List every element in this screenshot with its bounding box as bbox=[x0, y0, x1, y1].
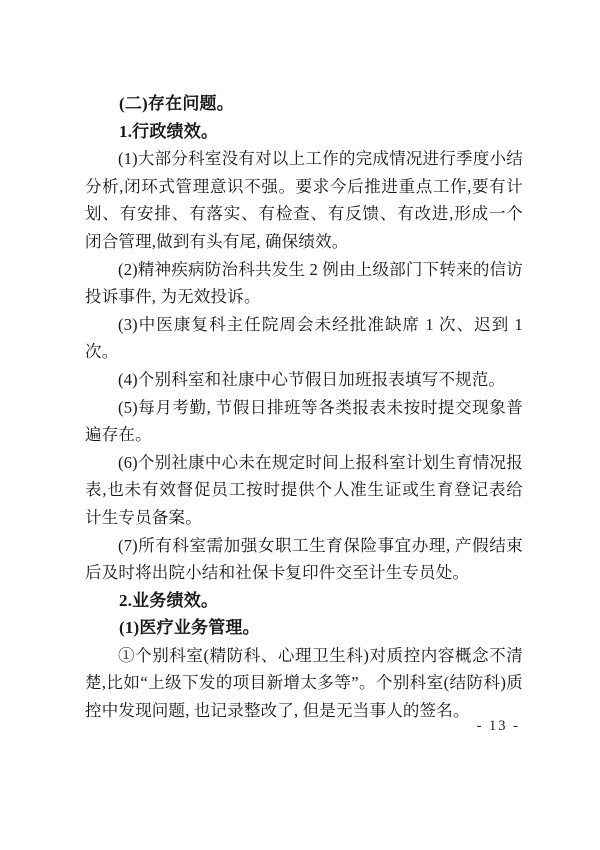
document-page: (二)存在问题。 1.行政绩效。 (1)大部分科室没有对以上工作的完成情况进行季… bbox=[0, 0, 600, 850]
paragraph-item-7: (7)所有科室需加强女职工生育保险事宜办理, 产假结束后及时将出院小结和社保卡复… bbox=[85, 532, 523, 587]
paragraph-item-6: (6)个别社康中心未在规定时间上报科室计划生育情况报表,也未有效督促员工按时提供… bbox=[85, 449, 523, 532]
paragraph-item-2: (2)精神疾病防治科共发生 2 例由上级部门下转来的信访投诉事件, 为无效投诉。 bbox=[85, 256, 523, 311]
document-body: (二)存在问题。 1.行政绩效。 (1)大部分科室没有对以上工作的完成情况进行季… bbox=[85, 90, 523, 725]
subheading-business-performance: 2.业务绩效。 bbox=[85, 587, 523, 615]
subheading-medical-management: (1)医疗业务管理。 bbox=[85, 614, 523, 642]
paragraph-item-5: (5)每月考勤, 节假日排班等各类报表未按时提交现象普遍存在。 bbox=[85, 394, 523, 449]
paragraph-medical-detail: ①个别科室(精防科、心理卫生科)对质控内容概念不清楚,比如“上级下发的项目新增太… bbox=[85, 642, 523, 725]
page-number: - 13 - bbox=[477, 718, 520, 735]
paragraph-item-3: (3)中医康复科主任院周会未经批准缺席 1 次、迟到 1 次。 bbox=[85, 311, 523, 366]
paragraph-item-1: (1)大部分科室没有对以上工作的完成情况进行季度小结分析,闭环式管理意识不强。要… bbox=[85, 145, 523, 255]
section-heading-problems: (二)存在问题。 bbox=[85, 90, 523, 118]
subheading-admin-performance: 1.行政绩效。 bbox=[85, 118, 523, 146]
paragraph-item-4: (4)个别科室和社康中心节假日加班报表填写不规范。 bbox=[85, 366, 523, 394]
